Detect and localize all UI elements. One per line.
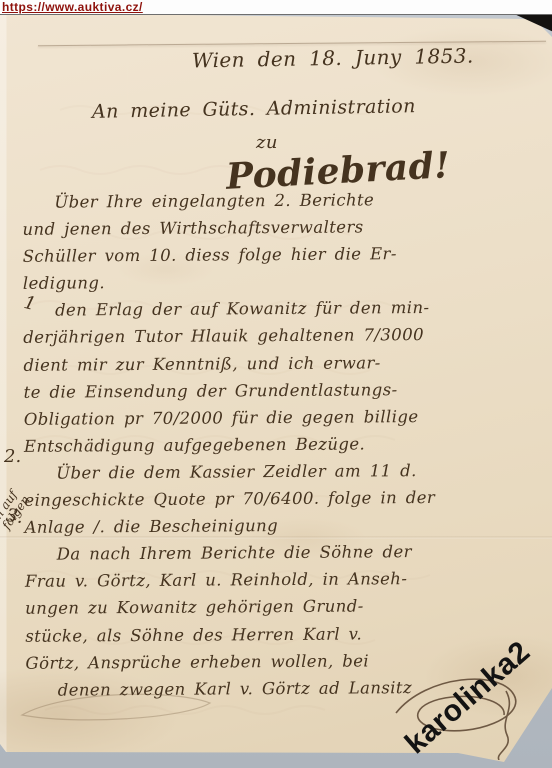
letter-dateline: Wien den 18. Juny 1853.	[192, 44, 474, 73]
letter-line: te die Einsendung der Grundentlastungs-	[24, 375, 544, 406]
letter-line: Görtz, Ansprüche erheben wollen, bei	[25, 646, 545, 677]
letter-line: derjährigen Tutor Hlauik gehaltenen 7/30…	[23, 321, 543, 352]
letter-line: und jenen des Wirthschaftsverwalters	[22, 212, 542, 243]
letter-line: Anlage /. die Bescheinigung	[24, 510, 544, 541]
letter-line: stücke, als Söhne des Herren Karl v.	[25, 619, 545, 650]
letter-line: Entschädigung aufgegebenen Bezüge.	[24, 429, 544, 460]
letter-line: ungen zu Kowanitz gehörigen Grund-	[25, 592, 545, 623]
letter-line: ledigung.	[23, 266, 543, 297]
letter-line: dient mir zur Kenntniß, und ich erwar-	[23, 348, 543, 379]
url-watermark-text: https://www.auktiva.cz/	[0, 1, 143, 14]
letter-line: Schüller vom 10. diess folge hier die Er…	[23, 239, 543, 270]
url-watermark-bar: https://www.auktiva.cz/	[0, 0, 552, 15]
letter-body: Über Ihre eingelangten 2. Berichteund je…	[22, 185, 546, 703]
letter-line: Über Ihre eingelangten 2. Berichte	[22, 185, 542, 216]
letter-line: den Erlag der auf Kowanitz für den min-	[23, 294, 543, 325]
letter-addressee-zu: zu	[256, 132, 278, 153]
margin-mark-2: 2.	[4, 446, 21, 467]
letter-line: Obligation pr 70/2000 für die gegen bill…	[24, 402, 544, 433]
letter-line: Über die dem Kassier Zeidler am 11 d.	[24, 456, 544, 487]
letter-line: Frau v. Görtz, Karl u. Reinhold, in Anse…	[25, 564, 545, 595]
letter-line: Da nach Ihrem Berichte die Söhne der	[25, 537, 545, 568]
scanned-letter-page: https://www.auktiva.cz/ Wien den 18. Jun…	[0, 0, 552, 768]
letter-line: eingeschickte Quote pr 70/6400. folge in…	[24, 483, 544, 514]
